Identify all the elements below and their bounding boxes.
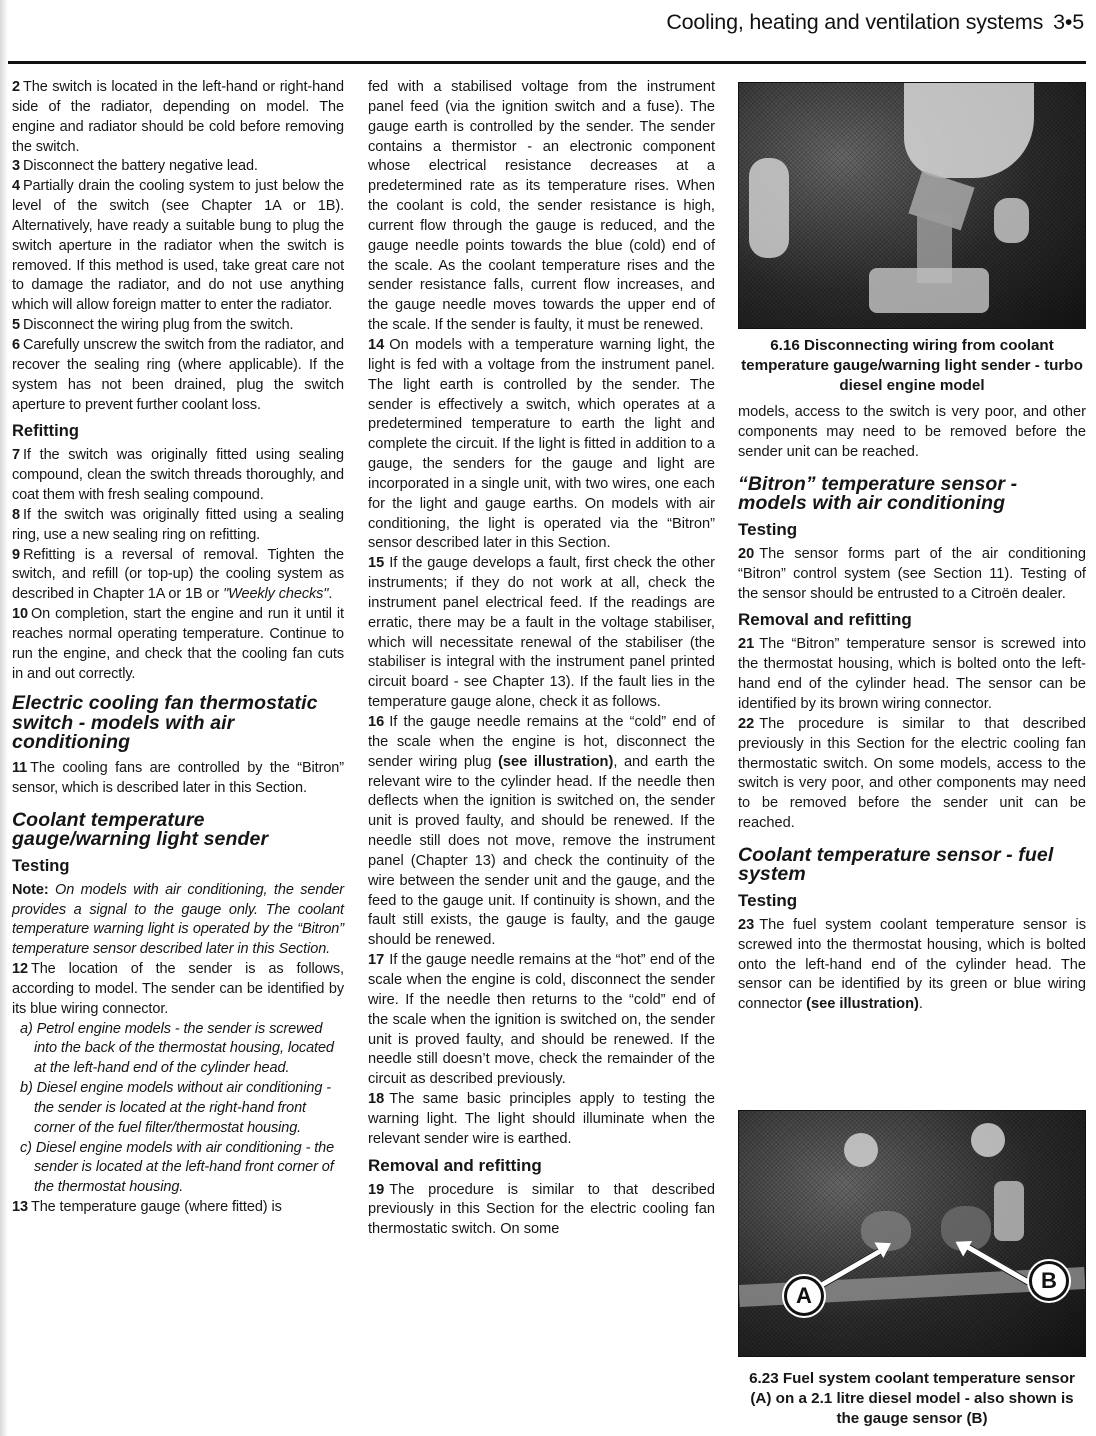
paragraph-19: 19The procedure is similar to that descr… <box>368 1181 715 1241</box>
section-heading-sender: Coolant temperature gauge/warning light … <box>12 811 344 850</box>
paragraph-16: 16If the gauge needle remains at the “co… <box>368 713 715 951</box>
subheading-removal-refitting-bitron: Removal and refitting <box>738 610 1086 630</box>
figure-6-23-caption: 6.23 Fuel system coolant temperature sen… <box>738 1369 1086 1428</box>
paragraph-20: 20The sensor forms part of the air condi… <box>738 545 1086 605</box>
list-item-a: a) Petrol engine models - the sender is … <box>12 1020 344 1080</box>
paragraph-6: 6Carefully unscrew the switch from the r… <box>12 336 344 415</box>
paragraph-12: 12The location of the sender is as follo… <box>12 960 344 1020</box>
illustration-reference: (see illustration) <box>498 754 613 770</box>
figure-6-16-caption: 6.16 Disconnecting wiring from coolant t… <box>738 336 1086 395</box>
paragraph-3: 3Disconnect the battery negative lead. <box>12 157 344 177</box>
paragraph-13: 13The temperature gauge (where fitted) i… <box>12 1198 344 1218</box>
paragraph-5: 5Disconnect the wiring plug from the swi… <box>12 316 344 336</box>
subheading-refitting: Refitting <box>12 421 344 441</box>
subheading-testing-bitron: Testing <box>738 520 1086 540</box>
paragraph-7: 7If the switch was originally fitted usi… <box>12 446 344 506</box>
subheading-testing: Testing <box>12 856 344 876</box>
section-heading-fuel-sensor: Coolant temperature sensor - fuel system <box>738 846 1086 885</box>
paragraph-2: 2The switch is located in the left-hand … <box>12 78 344 157</box>
illustration-reference-2: (see illustration) <box>806 996 919 1012</box>
callout-b: B <box>1029 1261 1069 1301</box>
paragraph-18: 18The same basic principles apply to tes… <box>368 1090 715 1150</box>
paragraph-9: 9Refitting is a reversal of removal. Tig… <box>12 546 344 606</box>
paragraph-19-continued: models, access to the switch is very poo… <box>738 403 1086 463</box>
subheading-removal-refitting: Removal and refitting <box>368 1156 715 1176</box>
paragraph-15: 15If the gauge develops a fault, first c… <box>368 554 715 713</box>
figure-6-16-photo <box>738 82 1086 329</box>
paragraph-10: 10On completion, start the engine and ru… <box>12 605 344 684</box>
section-heading-bitron: “Bitron” temperature sensor - models wit… <box>738 475 1086 514</box>
header-rule <box>8 61 1086 64</box>
middle-column: fed with a stabilised voltage from the i… <box>368 78 715 1240</box>
subheading-testing-fuel: Testing <box>738 891 1086 911</box>
paragraph-13-continued: fed with a stabilised voltage from the i… <box>368 78 715 336</box>
running-header: Cooling, heating and ventilation systems… <box>666 10 1084 35</box>
callout-a: A <box>784 1276 824 1316</box>
list-item-c: c) Diesel engine models with air conditi… <box>12 1139 344 1199</box>
paragraph-11: 11The cooling fans are controlled by the… <box>12 759 344 799</box>
left-column: 2The switch is located in the left-hand … <box>12 78 344 1218</box>
right-column: 6.16 Disconnecting wiring from coolant t… <box>738 82 1086 1015</box>
section-heading-fan-switch: Electric cooling fan thermostatic switch… <box>12 694 344 753</box>
list-item-b: b) Diesel engine models without air cond… <box>12 1079 344 1139</box>
page-edge-shadow <box>0 0 8 1436</box>
paragraph-8: 8If the switch was originally fitted usi… <box>12 506 344 546</box>
paragraph-21: 21The “Bitron” temperature sensor is scr… <box>738 635 1086 714</box>
page-number: 3•5 <box>1053 10 1084 34</box>
paragraph-23: 23The fuel system coolant temperature se… <box>738 916 1086 1015</box>
note: Note: On models with air conditioning, t… <box>12 881 344 960</box>
paragraph-14: 14On models with a temperature warning l… <box>368 336 715 554</box>
chapter-title: Cooling, heating and ventilation systems <box>666 10 1043 34</box>
paragraph-22: 22The procedure is similar to that descr… <box>738 715 1086 834</box>
paragraph-4: 4Partially drain the cooling system to j… <box>12 177 344 316</box>
figure-6-23-photo: A B <box>738 1110 1086 1357</box>
paragraph-17: 17If the gauge needle remains at the “ho… <box>368 951 715 1090</box>
